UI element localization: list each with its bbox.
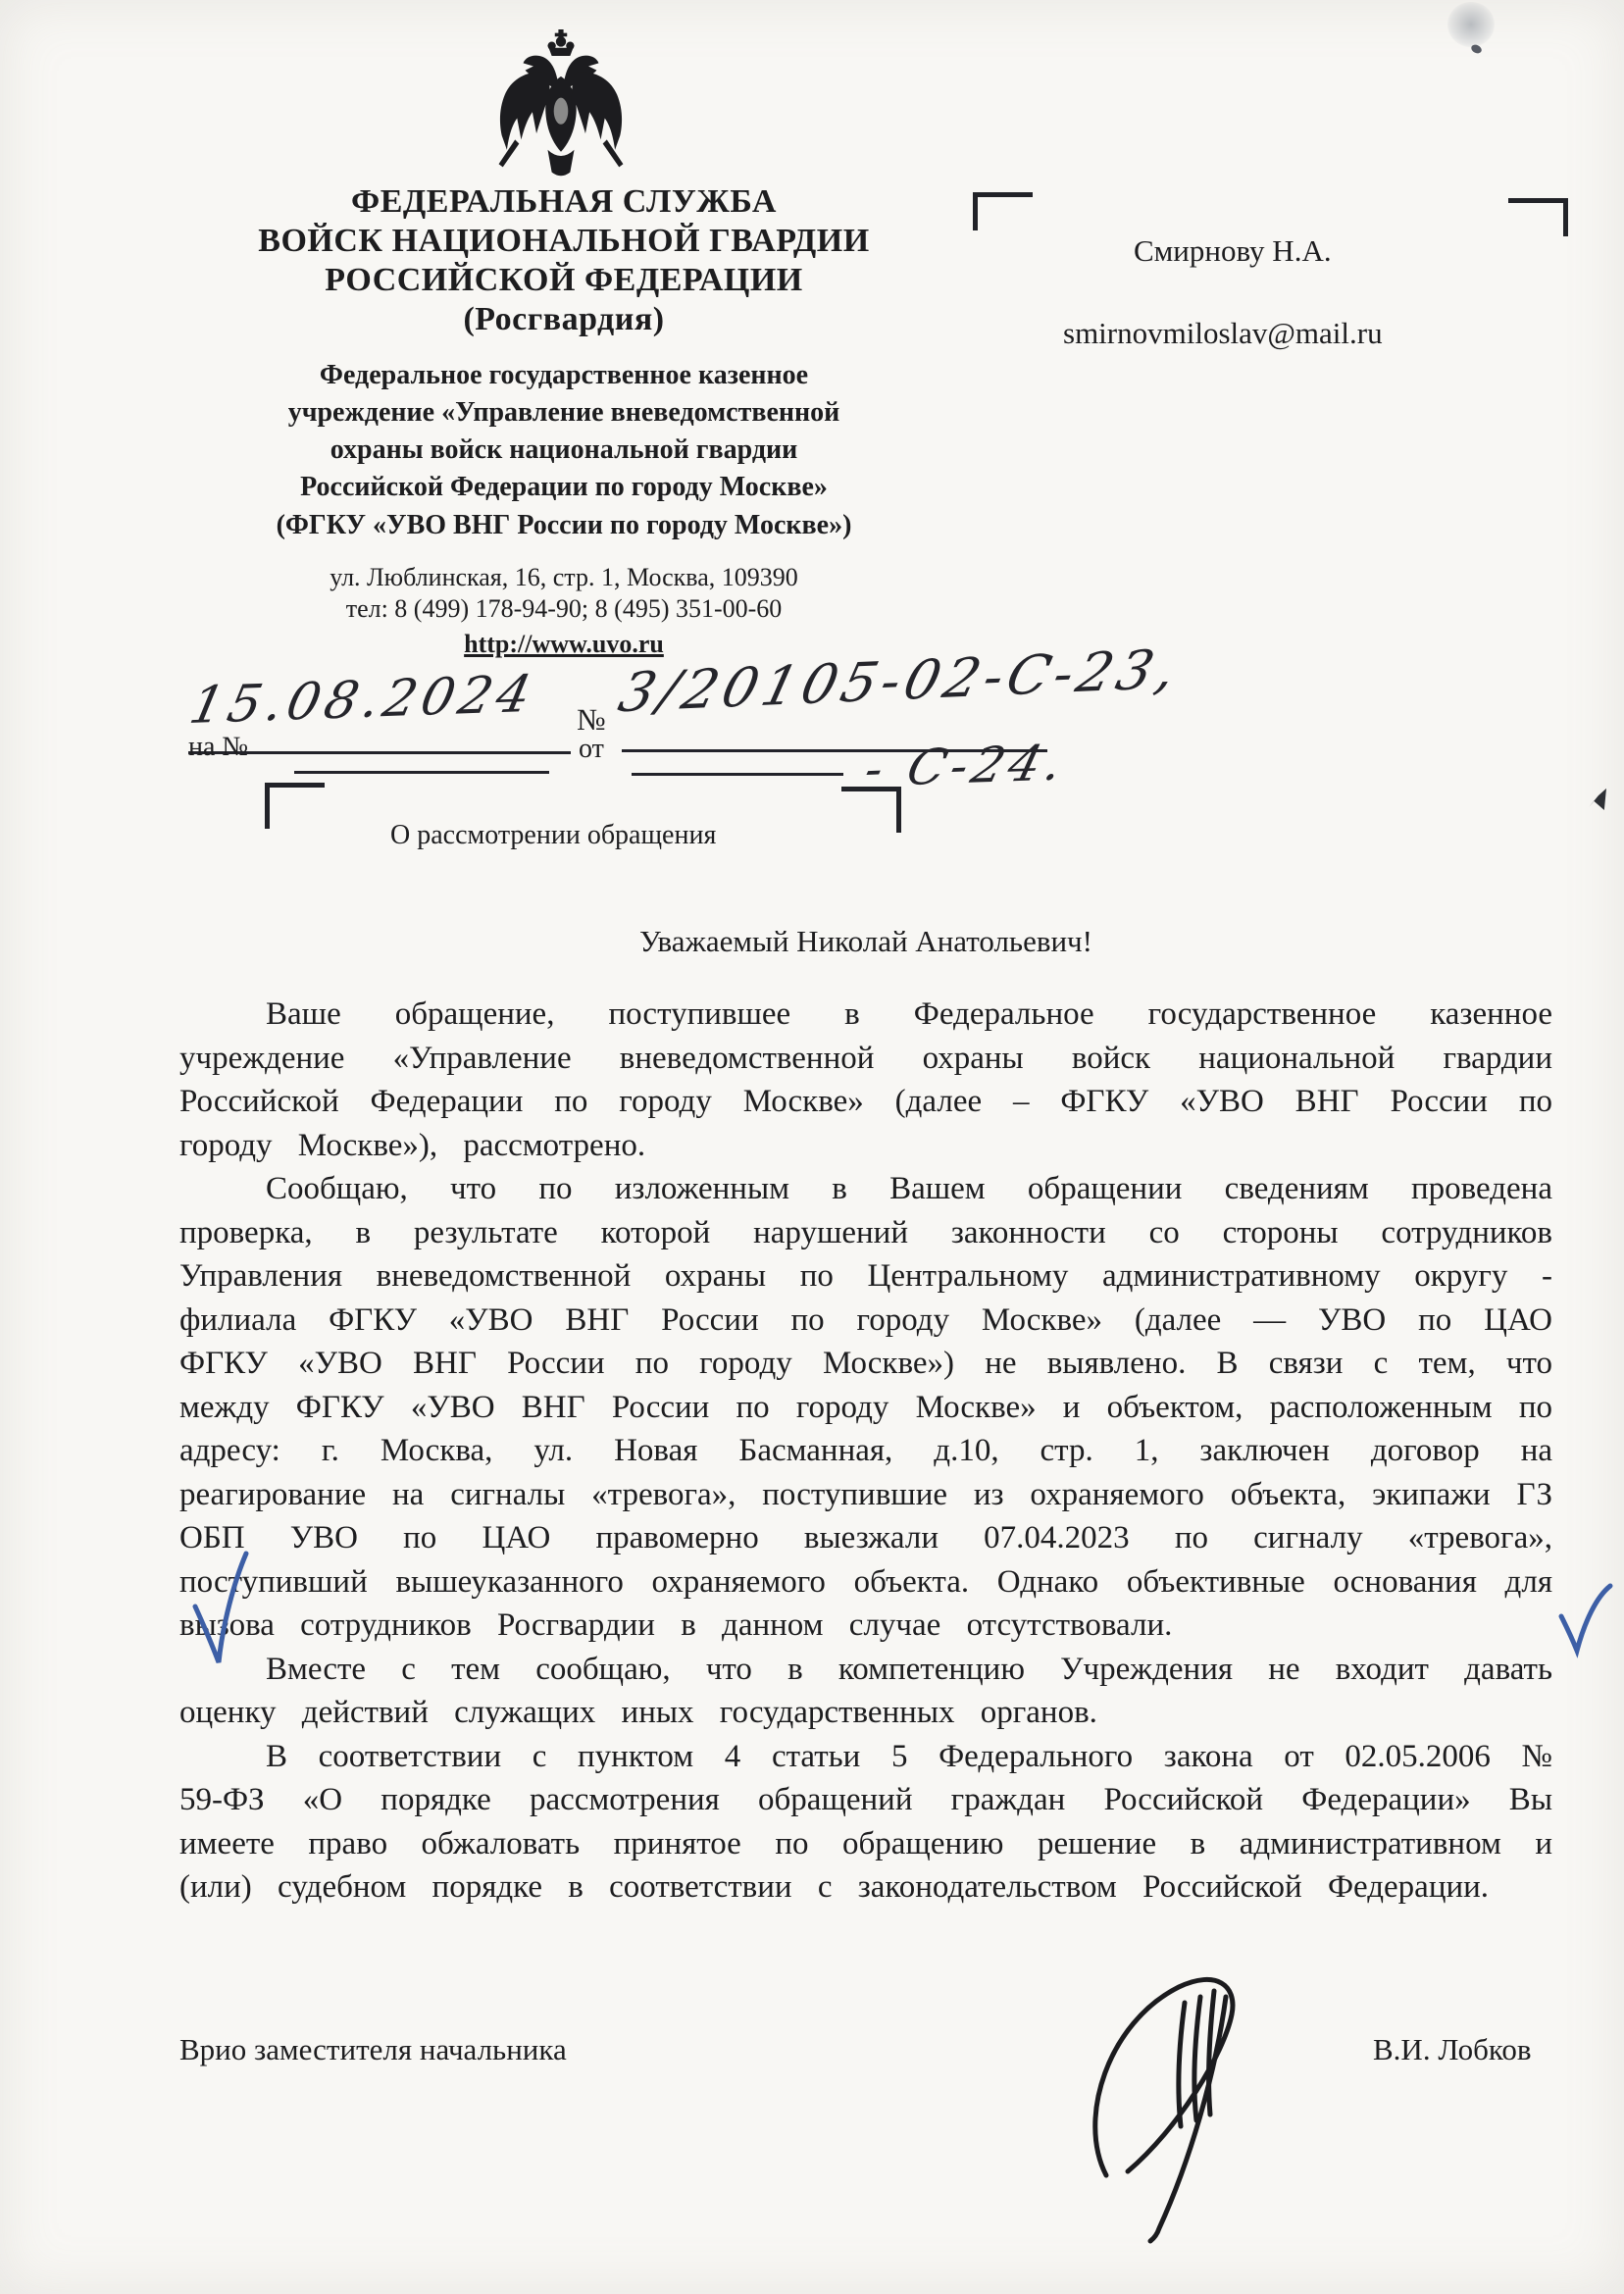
org-name-line: ВОЙСК НАЦИОНАЛЬНОЙ ГВАРДИИ xyxy=(196,222,932,261)
subject-corner-bracket-left-icon xyxy=(265,783,325,829)
rosgvardiya-eagle-emblem xyxy=(482,29,639,182)
recipient-corner-bracket-right-icon xyxy=(1508,198,1568,236)
reply-date-label: от xyxy=(579,734,604,765)
reply-number-underline xyxy=(294,712,549,774)
body-paragraph-1: Ваше обращение, поступившее в Федерально… xyxy=(179,993,1552,1167)
institution-name-line: Федеральное государственное казенное xyxy=(211,357,917,394)
signer-name: В.И. Лобков xyxy=(1373,2032,1531,2067)
body-paragraph-4: В соответствии с пунктом 4 статьи 5 Феде… xyxy=(179,1735,1552,1910)
signer-title: Врио заместителя начальника xyxy=(179,2032,567,2067)
handwritten-signature xyxy=(1069,1962,1378,2251)
recipient-corner-bracket-left-icon xyxy=(973,192,1033,230)
body-paragraph-3: Вместе с тем сообщаю, что в компетенцию … xyxy=(179,1648,1552,1735)
institution-name-line: учреждение «Управление вневедомственной xyxy=(211,394,917,432)
recipient-email: smirnovmiloslav@mail.ru xyxy=(1063,316,1383,351)
institution-abbr: (ФГКУ «УВО ВНГ России по городу Москве») xyxy=(211,510,917,541)
letter-body: Ваше обращение, поступившее в Федерально… xyxy=(179,993,1552,1910)
org-name-block: ФЕДЕРАЛЬНАЯ СЛУЖБА ВОЙСК НАЦИОНАЛЬНОЙ ГВ… xyxy=(196,182,932,339)
org-address: ул. Люблинская, 16, стр. 1, Москва, 1093… xyxy=(211,561,917,594)
org-phone: тел: 8 (499) 178-94-90; 8 (495) 351-00-6… xyxy=(211,594,917,624)
institution-name-line: Российской Федерации по городу Москве» xyxy=(211,469,917,506)
reply-number-label: на № xyxy=(188,732,248,763)
pen-checkmark-right-icon xyxy=(1555,1581,1616,1671)
body-paragraph-2: Сообщаю, что по изложенным в Вашем обращ… xyxy=(179,1167,1552,1648)
number-sign: № xyxy=(577,702,606,738)
scan-artifact-smudge xyxy=(1447,2,1495,47)
subject-corner-bracket-right-icon xyxy=(841,787,901,833)
reply-date-underline xyxy=(632,714,843,776)
scan-artifact-edge-mark xyxy=(1589,787,1606,810)
salutation: Уважаемый Николай Анатольевич! xyxy=(179,924,1552,959)
org-name-line: ФЕДЕРАЛЬНАЯ СЛУЖБА xyxy=(196,182,932,222)
org-name-line: (Росгвардия) xyxy=(196,300,932,339)
scanned-letter-page: ФЕДЕРАЛЬНАЯ СЛУЖБА ВОЙСК НАЦИОНАЛЬНОЙ ГВ… xyxy=(0,0,1624,2294)
institution-name-line: охраны войск национальной гвардии xyxy=(211,432,917,469)
pen-checkmark-left-icon xyxy=(188,1550,253,1675)
subject-line: О рассмотрении обращения xyxy=(390,820,716,851)
recipient-name: Смирнову Н.А. xyxy=(1134,233,1332,269)
institution-name-block: Федеральное государственное казенное учр… xyxy=(211,357,917,506)
org-name-line: РОССИЙСКОЙ ФЕДЕРАЦИИ xyxy=(196,261,932,300)
